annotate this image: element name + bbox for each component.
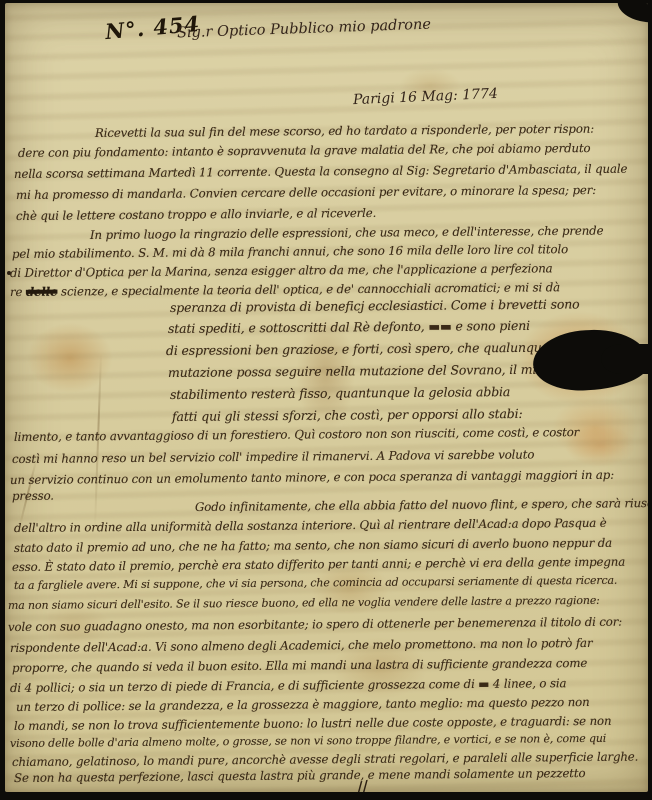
letter-line: dell'altro in ordine alla uniformità del… xyxy=(14,516,607,535)
letter-line: proporre, che quando si veda il buon esi… xyxy=(12,656,587,675)
letter-line: mutazione possa seguire nella mutazione … xyxy=(168,363,544,380)
torn-corner xyxy=(616,3,648,23)
letter-line: di Direttor d'Optica per la Marina, senz… xyxy=(10,261,553,280)
letter-line: nella scorsa settimana Martedì 11 corren… xyxy=(14,162,627,181)
line-post-text: scienze, e specialmente la teoria dell' … xyxy=(57,280,560,298)
letter-line: vole con suo guadagno onesto, ma non eso… xyxy=(8,615,622,634)
letter-line: di espressioni ben graziose, e forti, co… xyxy=(166,341,549,358)
letter-line: mi ha promesso di mandarla. Convien cerc… xyxy=(16,183,596,202)
letter-line: Godo infinitamente, che ella abbia fatto… xyxy=(195,495,648,514)
letter-line: speranza di provista di beneficj ecclesi… xyxy=(170,297,580,315)
letter-line: dere con piu fondamento: intanto è sopra… xyxy=(18,141,591,160)
letter-line: chè qui le lettere costano troppo e allo… xyxy=(16,206,376,223)
letter-line: presso. xyxy=(12,489,54,503)
letter-line: un servizio continuo con un emolumento t… xyxy=(10,468,614,487)
letter-page: N°. 454 Sig.r Optico Pubblico mio padron… xyxy=(5,3,648,792)
dateline: Parigi 16 Mag: 1774 xyxy=(353,86,498,108)
letter-line: stabilimento resterà fisso, quantunque l… xyxy=(170,385,510,402)
letter-line: ma non siamo sicuri dell'esito. Se il su… xyxy=(8,594,600,613)
letter-line: ta a fargliele avere. Mi si suppone, che… xyxy=(14,574,617,593)
letter-line: esso. È stato dato il premio, perchè era… xyxy=(12,555,625,574)
letter-line: Se non ha questa perfezione, lasci quest… xyxy=(14,766,586,785)
letter-line-with-strikeout: re delle scienze, e specialmente la teor… xyxy=(10,280,560,299)
letter-line: un terzo di pollice: se la grandezza, e … xyxy=(16,695,590,714)
letter-line: stato dato il premio ad uno, che ne ha f… xyxy=(14,536,612,555)
letter-line: fatti qui gli stessi sforzi, che costì, … xyxy=(172,407,523,424)
letter-line: rispondente dell'Acad:a. Vi sono almeno … xyxy=(10,636,593,655)
torn-hole-edge xyxy=(601,344,648,374)
struck-out-word: delle xyxy=(26,285,58,299)
letter-line: costì mi hanno reso un bel servizio coll… xyxy=(12,447,534,466)
line-pre-text: re xyxy=(10,285,26,299)
letter-line: di 4 pollici; o sia un terzo di piede di… xyxy=(10,676,566,695)
salutation-line: Sig.r Optico Pubblico mio padrone xyxy=(177,17,431,42)
letter-line: pel mio stabilimento. S. M. mi dà 8 mila… xyxy=(12,242,568,261)
letter-line: stati spediti, e sottoscritti dal Rè def… xyxy=(168,319,530,336)
letter-line: In primo luogo la ringrazio delle espres… xyxy=(90,224,603,242)
letter-line: visono delle bolle d'aria almeno molte, … xyxy=(10,732,606,751)
letter-line: Ricevetti la sua sul fin del mese scorso… xyxy=(95,122,594,140)
letter-line: lo mandi, se non lo trova sufficientemen… xyxy=(14,714,612,733)
